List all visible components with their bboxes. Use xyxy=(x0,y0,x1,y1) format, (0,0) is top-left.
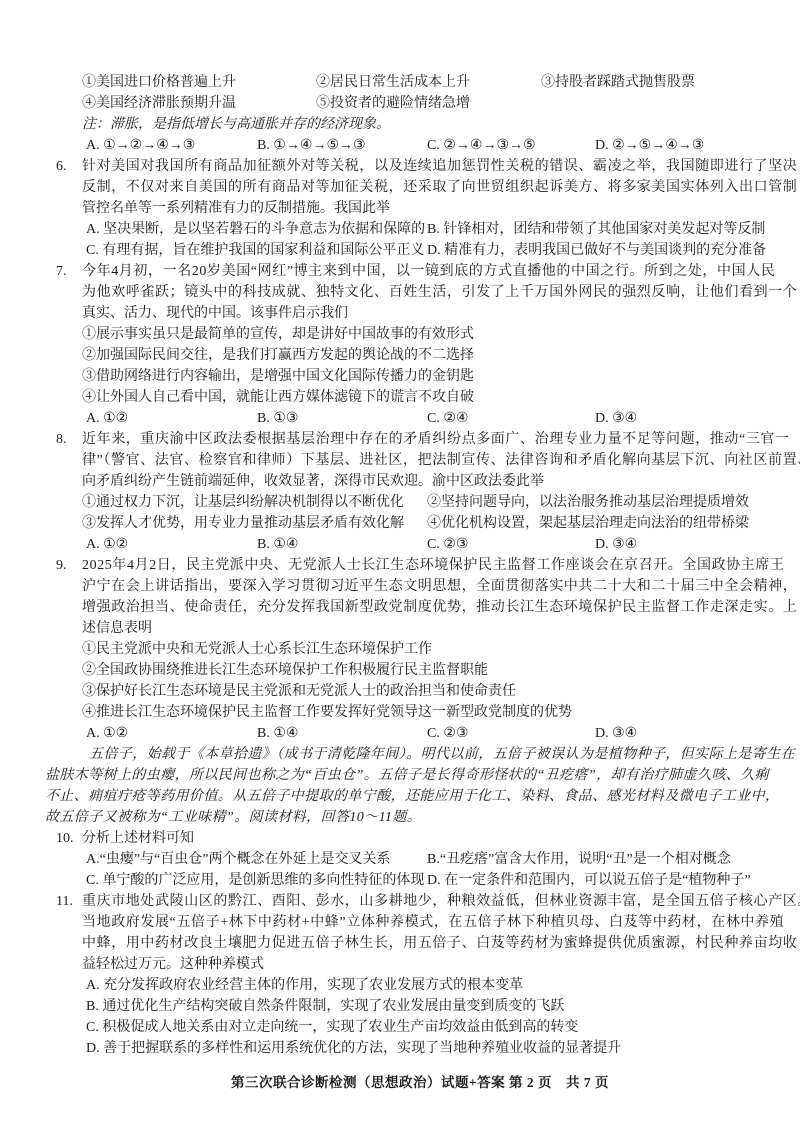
passage-line: 不止、痈疽疔疮等药用价值。从五倍子中提取的单宁酸，还能应用于化工、染料、食品、感… xyxy=(45,786,758,807)
q10-number: 10. xyxy=(56,828,82,849)
q7-option-d: D. ③④ xyxy=(595,408,637,429)
q7-option-c: C. ②④ xyxy=(427,408,468,429)
q7-options-row: A. ①② B. ①③ C. ②④ D. ③④ xyxy=(82,408,758,429)
q11-option-c: C. 积极促成人地关系由对立走向统一，实现了农业生产亩均效益由低到高的转变 xyxy=(82,1017,758,1038)
question-6: 6. 针对美国对我国所有商品加征额外对等关税，以及连续追加惩罚性关税的错误、霸凌… xyxy=(82,156,758,261)
q6-option-c: C. 有理有据，旨在维护我国的国家利益和国际公平正义 xyxy=(86,240,424,261)
question-10: 10. 分析上述材料可知 A.“虫瘿”与“百虫仓”两个概念在外延上是交叉关系 B… xyxy=(82,828,758,891)
q9-option-b: B. ①④ xyxy=(257,723,298,744)
q11-stem-line: 中蜂，用中药材改良土壤肥力促进五倍子林生长，用五倍子、白芨等药材为蜜蜂提供优质蜜… xyxy=(82,933,758,954)
q5-option-b: B. ①→④→⑤→③ xyxy=(257,135,366,156)
q10-option-d: D. 在一定条件和范围内，可以说五倍子是“植物种子” xyxy=(427,870,751,891)
q5-note: 注：滞胀，是指低增长与高通胀并存的经济现象。 xyxy=(82,114,758,135)
q6-stem-line: 反制，不仅对来自美国的所有商品对等加征关税，还采取了向世贸组织起诉美方、将多家美… xyxy=(82,177,758,198)
q8-subitems-row-2: ③发挥人才优势，用专业力量推动基层矛盾有效化解 ④优化机构设置，架起基层治理走向… xyxy=(82,513,758,534)
q9-number: 9. xyxy=(56,555,82,576)
q6-number: 6. xyxy=(56,156,82,177)
q8-stem-line: 向矛盾纠纷产生链前端延伸，收效显著，深得市民欢迎。渝中区政法委此举 xyxy=(82,471,758,492)
q8-subitem-4: ④优化机构设置，架起基层治理走向法治的纽带桥梁 xyxy=(427,513,749,534)
q5-item-5: ⑤投资者的避险情绪急增 xyxy=(316,93,470,114)
q8-subitem-1: ①通过权力下沉，让基层纠纷解决机制得以不断优化 xyxy=(82,492,404,513)
q7-subitem-3: ③借助网络进行内容输出，是增强中国文化国际传播力的金钥匙 xyxy=(82,366,758,387)
q5-item-3: ③持股者踩踏式抛售股票 xyxy=(541,72,695,93)
q9-stem-line: 沪宁在会上讲话指出，要深入学习贯彻习近平生态文明思想，全面贯彻落实中共二十大和二… xyxy=(82,576,758,597)
q10-options-row-1: A.“虫瘿”与“百虫仓”两个概念在外延上是交叉关系 B.“丑疙瘩”富含大作用，说… xyxy=(82,849,758,870)
q5-option-d: D. ②→⑤→④→③ xyxy=(595,135,704,156)
passage-line: 故五倍子又被称为“工业味精”。阅读材料，回答10～11题。 xyxy=(45,807,758,828)
page-content: ①美国进口价格普遍上升 ②居民日常生活成本上升 ③持股者踩踏式抛售股票 ④美国经… xyxy=(82,72,758,1093)
question-9: 9. 2025年4月2日，民主党派中央、无党派人士长江生态环境保护民主监督工作座… xyxy=(82,555,758,744)
q6-stem-line: 针对美国对我国所有商品加征额外对等关税，以及连续追加惩罚性关税的错误、霸凌之举，… xyxy=(82,156,758,177)
q8-option-a: A. ①② xyxy=(86,534,128,555)
q9-subitem-3: ③保护好长江生态环境是民主党派和无党派人士的政治担当和使命责任 xyxy=(82,681,758,702)
q7-option-a: A. ①② xyxy=(86,408,128,429)
q5-item-4: ④美国经济滞胀预期升温 xyxy=(82,93,236,114)
q7-option-b: B. ①③ xyxy=(257,408,298,429)
q11-stem-line: 重庆市地处武陵山区的黔江、酉阳、彭水，山多耕地少，种粮效益低，但林业资源丰富，是… xyxy=(82,891,758,912)
reading-passage: 五倍子，始载于《本草拾遗》（成书于清乾隆年间）。明代以前，五倍子被误认为是植物种… xyxy=(45,744,758,828)
q6-option-b: B. 针锋相对，团结和带领了其他国家对美发起对等反制 xyxy=(427,219,765,240)
question-5-remainder: ①美国进口价格普遍上升 ②居民日常生活成本上升 ③持股者踩踏式抛售股票 ④美国经… xyxy=(82,72,758,156)
q9-stem-line: 述信息表明 xyxy=(82,618,758,639)
passage-line: 盐肤木等树上的虫瘿，所以民间也称之为“百虫仓”。五倍子是长得奇形怪状的“丑疙瘩”… xyxy=(45,765,758,786)
question-8: 8. 近年来，重庆渝中区政法委根据基层治理中存在的矛盾纠纷点多面广、治理专业力量… xyxy=(82,429,758,555)
q5-options-row: A. ①→②→④→③ B. ①→④→⑤→③ C. ②→④→③→⑤ D. ②→⑤→… xyxy=(82,135,758,156)
q8-number: 8. xyxy=(56,429,82,450)
q11-option-d: D. 善于把握联系的多样性和运用系统优化的方法，实现了当地种养殖业收益的显著提升 xyxy=(82,1038,758,1059)
question-11: 11. 重庆市地处武陵山区的黔江、酉阳、彭水，山多耕地少，种粮效益低，但林业资源… xyxy=(82,891,758,1059)
q9-stem-line: 增强政治担当、使命责任，充分发挥我国新型政党制度优势，推动长江生态环境保护民主监… xyxy=(82,597,758,618)
q7-subitem-4: ④让外国人自己看中国，就能让西方媒体滤镜下的谎言不攻自破 xyxy=(82,387,758,408)
exam-page: ①美国进口价格普遍上升 ②居民日常生活成本上升 ③持股者踩踏式抛售股票 ④美国经… xyxy=(0,0,800,1131)
q5-item-2: ②居民日常生活成本上升 xyxy=(316,72,470,93)
q8-option-c: C. ②③ xyxy=(427,534,468,555)
q10-option-c: C. 单宁酸的广泛应用，是创新思维的多向性特征的体现 xyxy=(86,870,424,891)
q6-option-a: A. 坚决果断，是以坚若磐石的斗争意志为依据和保障的 xyxy=(86,219,425,240)
q5-item-1: ①美国进口价格普遍上升 xyxy=(82,72,236,93)
q8-subitem-2: ②坚持问题导向，以法治服务推动基层治理提质增效 xyxy=(427,492,749,513)
q11-option-b: B. 通过优化生产结构突破自然条件限制，实现了农业发展由量变到质变的飞跃 xyxy=(82,996,758,1017)
q9-subitem-4: ④推进长江生态环境保护民主监督工作要发挥好党领导这一新型政党制度的优势 xyxy=(82,702,758,723)
q8-stem-line: 律”（警官、法官、检察官和律师）下基层、进社区，把法制宣传、法律咨询和矛盾化解向… xyxy=(82,450,758,471)
page-footer: 第三次联合诊断检测（思想政治）试题+答案 第 2 页 共 7 页 xyxy=(82,1072,758,1093)
q7-subitem-1: ①展示事实虽只是最简单的宣传，却是讲好中国故事的有效形式 xyxy=(82,324,758,345)
q9-stem-line: 2025年4月2日，民主党派中央、无党派人士长江生态环境保护民主监督工作座谈会在… xyxy=(82,555,758,576)
q8-option-d: D. ③④ xyxy=(595,534,637,555)
q9-options-row: A. ①② B. ①④ C. ②③ D. ③④ xyxy=(82,723,758,744)
question-7: 7. 今年4月初，一名20岁美国“网红”博主来到中国，以一镜到底的方式直播他的中… xyxy=(82,261,758,429)
q9-subitem-1: ①民主党派中央和无党派人士心系长江生态环境保护工作 xyxy=(82,639,758,660)
q7-stem-line: 为他欢呼雀跃；镜头中的科技成就、独特文化、百姓生活，引发了上千万国外网民的强烈反… xyxy=(82,282,758,303)
q5-items-row-1: ①美国进口价格普遍上升 ②居民日常生活成本上升 ③持股者踩踏式抛售股票 xyxy=(82,72,758,93)
q10-stem: 分析上述材料可知 xyxy=(82,828,758,849)
q6-options-row-1: A. 坚决果断，是以坚若磐石的斗争意志为依据和保障的 B. 针锋相对，团结和带领… xyxy=(82,219,758,240)
q7-subitem-2: ②加强国际民间交往，是我们打赢西方发起的舆论战的不二选择 xyxy=(82,345,758,366)
q9-option-d: D. ③④ xyxy=(595,723,637,744)
q9-option-a: A. ①② xyxy=(86,723,128,744)
q8-options-row: A. ①② B. ①④ C. ②③ D. ③④ xyxy=(82,534,758,555)
q11-stem-line: 益轻松过万元。这种种养模式 xyxy=(82,954,758,975)
q8-option-b: B. ①④ xyxy=(257,534,298,555)
q7-stem-line: 真实、活力、现代的中国。该事件启示我们 xyxy=(82,303,758,324)
q8-stem-line: 近年来，重庆渝中区政法委根据基层治理中存在的矛盾纠纷点多面广、治理专业力量不足等… xyxy=(82,429,758,450)
q8-subitems-row-1: ①通过权力下沉，让基层纠纷解决机制得以不断优化 ②坚持问题导向，以法治服务推动基… xyxy=(82,492,758,513)
q11-option-a: A. 充分发挥政府农业经营主体的作用，实现了农业发展方式的根本变革 xyxy=(82,975,758,996)
q10-options-row-2: C. 单宁酸的广泛应用，是创新思维的多向性特征的体现 D. 在一定条件和范围内，… xyxy=(82,870,758,891)
q6-options-row-2: C. 有理有据，旨在维护我国的国家利益和国际公平正义 D. 精准有力，表明我国已… xyxy=(82,240,758,261)
q8-subitem-3: ③发挥人才优势，用专业力量推动基层矛盾有效化解 xyxy=(82,513,404,534)
q10-option-b: B.“丑疙瘩”富含大作用，说明“丑”是一个相对概念 xyxy=(427,849,731,870)
q11-stem-line: 当地政府发展“五倍子+林下中药材+中蜂”立体种养模式，在五倍子林下种植贝母、白芨… xyxy=(82,912,758,933)
q7-stem-line: 今年4月初，一名20岁美国“网红”博主来到中国，以一镜到底的方式直播他的中国之行… xyxy=(82,261,758,282)
q5-option-a: A. ①→②→④→③ xyxy=(86,135,195,156)
passage-line: 五倍子，始载于《本草拾遗》（成书于清乾隆年间）。明代以前，五倍子被误认为是植物种… xyxy=(45,744,758,765)
q6-stem-line: 管控名单等一系列精准有力的反制措施。我国此举 xyxy=(82,198,758,219)
q9-option-c: C. ②③ xyxy=(427,723,468,744)
q10-option-a: A.“虫瘿”与“百虫仓”两个概念在外延上是交叉关系 xyxy=(86,849,390,870)
q5-option-c: C. ②→④→③→⑤ xyxy=(427,135,536,156)
q7-number: 7. xyxy=(56,261,82,282)
q5-items-row-2: ④美国经济滞胀预期升温 ⑤投资者的避险情绪急增 xyxy=(82,93,758,114)
q6-option-d: D. 精准有力，表明我国已做好不与美国谈判的充分准备 xyxy=(427,240,766,261)
q9-subitem-2: ②全国政协围绕推进长江生态环境保护工作积极履行民主监督职能 xyxy=(82,660,758,681)
q11-number: 11. xyxy=(56,891,82,912)
